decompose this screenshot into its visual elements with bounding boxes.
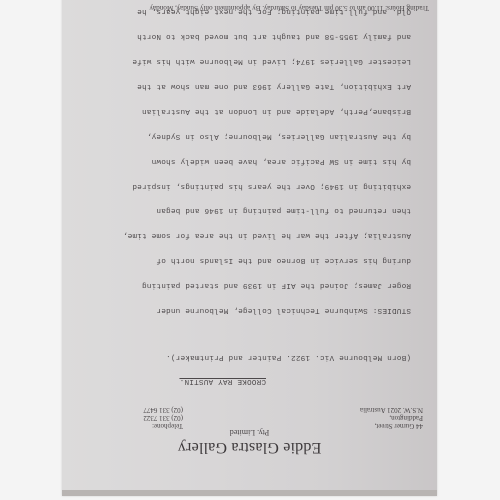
telephone-label: Telephone: bbox=[143, 422, 183, 430]
bio-line: Australia; After the war he lived in the… bbox=[71, 231, 411, 239]
bio-line: Art Exhibition, Tate Gallery 1963 and on… bbox=[71, 82, 411, 90]
address-line: N.S.W. 2021 Australia bbox=[360, 406, 423, 414]
paper-edge bbox=[62, 490, 437, 496]
bio-line: and family 1955-58 and taught art but mo… bbox=[71, 32, 411, 40]
bio-line: exhibiting in 1949; Over the years his p… bbox=[71, 181, 411, 189]
bio-line: Roger James; Joined the AIF in 1939 and … bbox=[71, 281, 411, 289]
bio-line: then returned to full-time painting in 1… bbox=[71, 206, 411, 214]
gallery-telephone: Telephone: (02) 331 7322 (02) 331 6477 bbox=[143, 406, 183, 430]
trading-hours-footer: Trading Hours: 11.00 am to 5.30 pm Tuesd… bbox=[70, 4, 429, 12]
gallery-name: Eddie Glastra Gallery bbox=[62, 438, 437, 456]
bio-line: during his service in Borneo and the Isl… bbox=[71, 256, 411, 264]
letterhead: Eddie Glastra Gallery Pty. Limited bbox=[62, 428, 437, 456]
address-line: Paddington, bbox=[360, 414, 423, 422]
bio-line: Leicester Galleries 1974; Lived in Melbo… bbox=[71, 57, 411, 65]
bio-line: (Born Melbourne Vic. 1922. Painter and P… bbox=[71, 352, 411, 360]
gallery-address: 44 Gurner Street, Paddington, N.S.W. 202… bbox=[360, 406, 423, 430]
telephone-number: (02) 331 6477 bbox=[143, 406, 183, 414]
telephone-number: (02) 331 7322 bbox=[143, 414, 183, 422]
bio-line: by the Australian Galleries, Melbourne; … bbox=[71, 132, 411, 140]
bio-line: Brisbane,Perth, Adelaide and in London a… bbox=[71, 107, 411, 115]
document-page: Eddie Glastra Gallery Pty. Limited 44 Gu… bbox=[62, 0, 437, 496]
address-line: 44 Gurner Street, bbox=[360, 422, 423, 430]
bio-line: by his time in SW Pacific area, have bee… bbox=[71, 156, 411, 164]
studies-line: STUDIES: Swinburne Technical College, Me… bbox=[71, 306, 411, 314]
artist-biography: CROOKE RAY AUSTIN. (Born Melbourne Vic. … bbox=[71, 0, 411, 402]
artist-heading: CROOKE RAY AUSTIN. bbox=[71, 377, 411, 385]
